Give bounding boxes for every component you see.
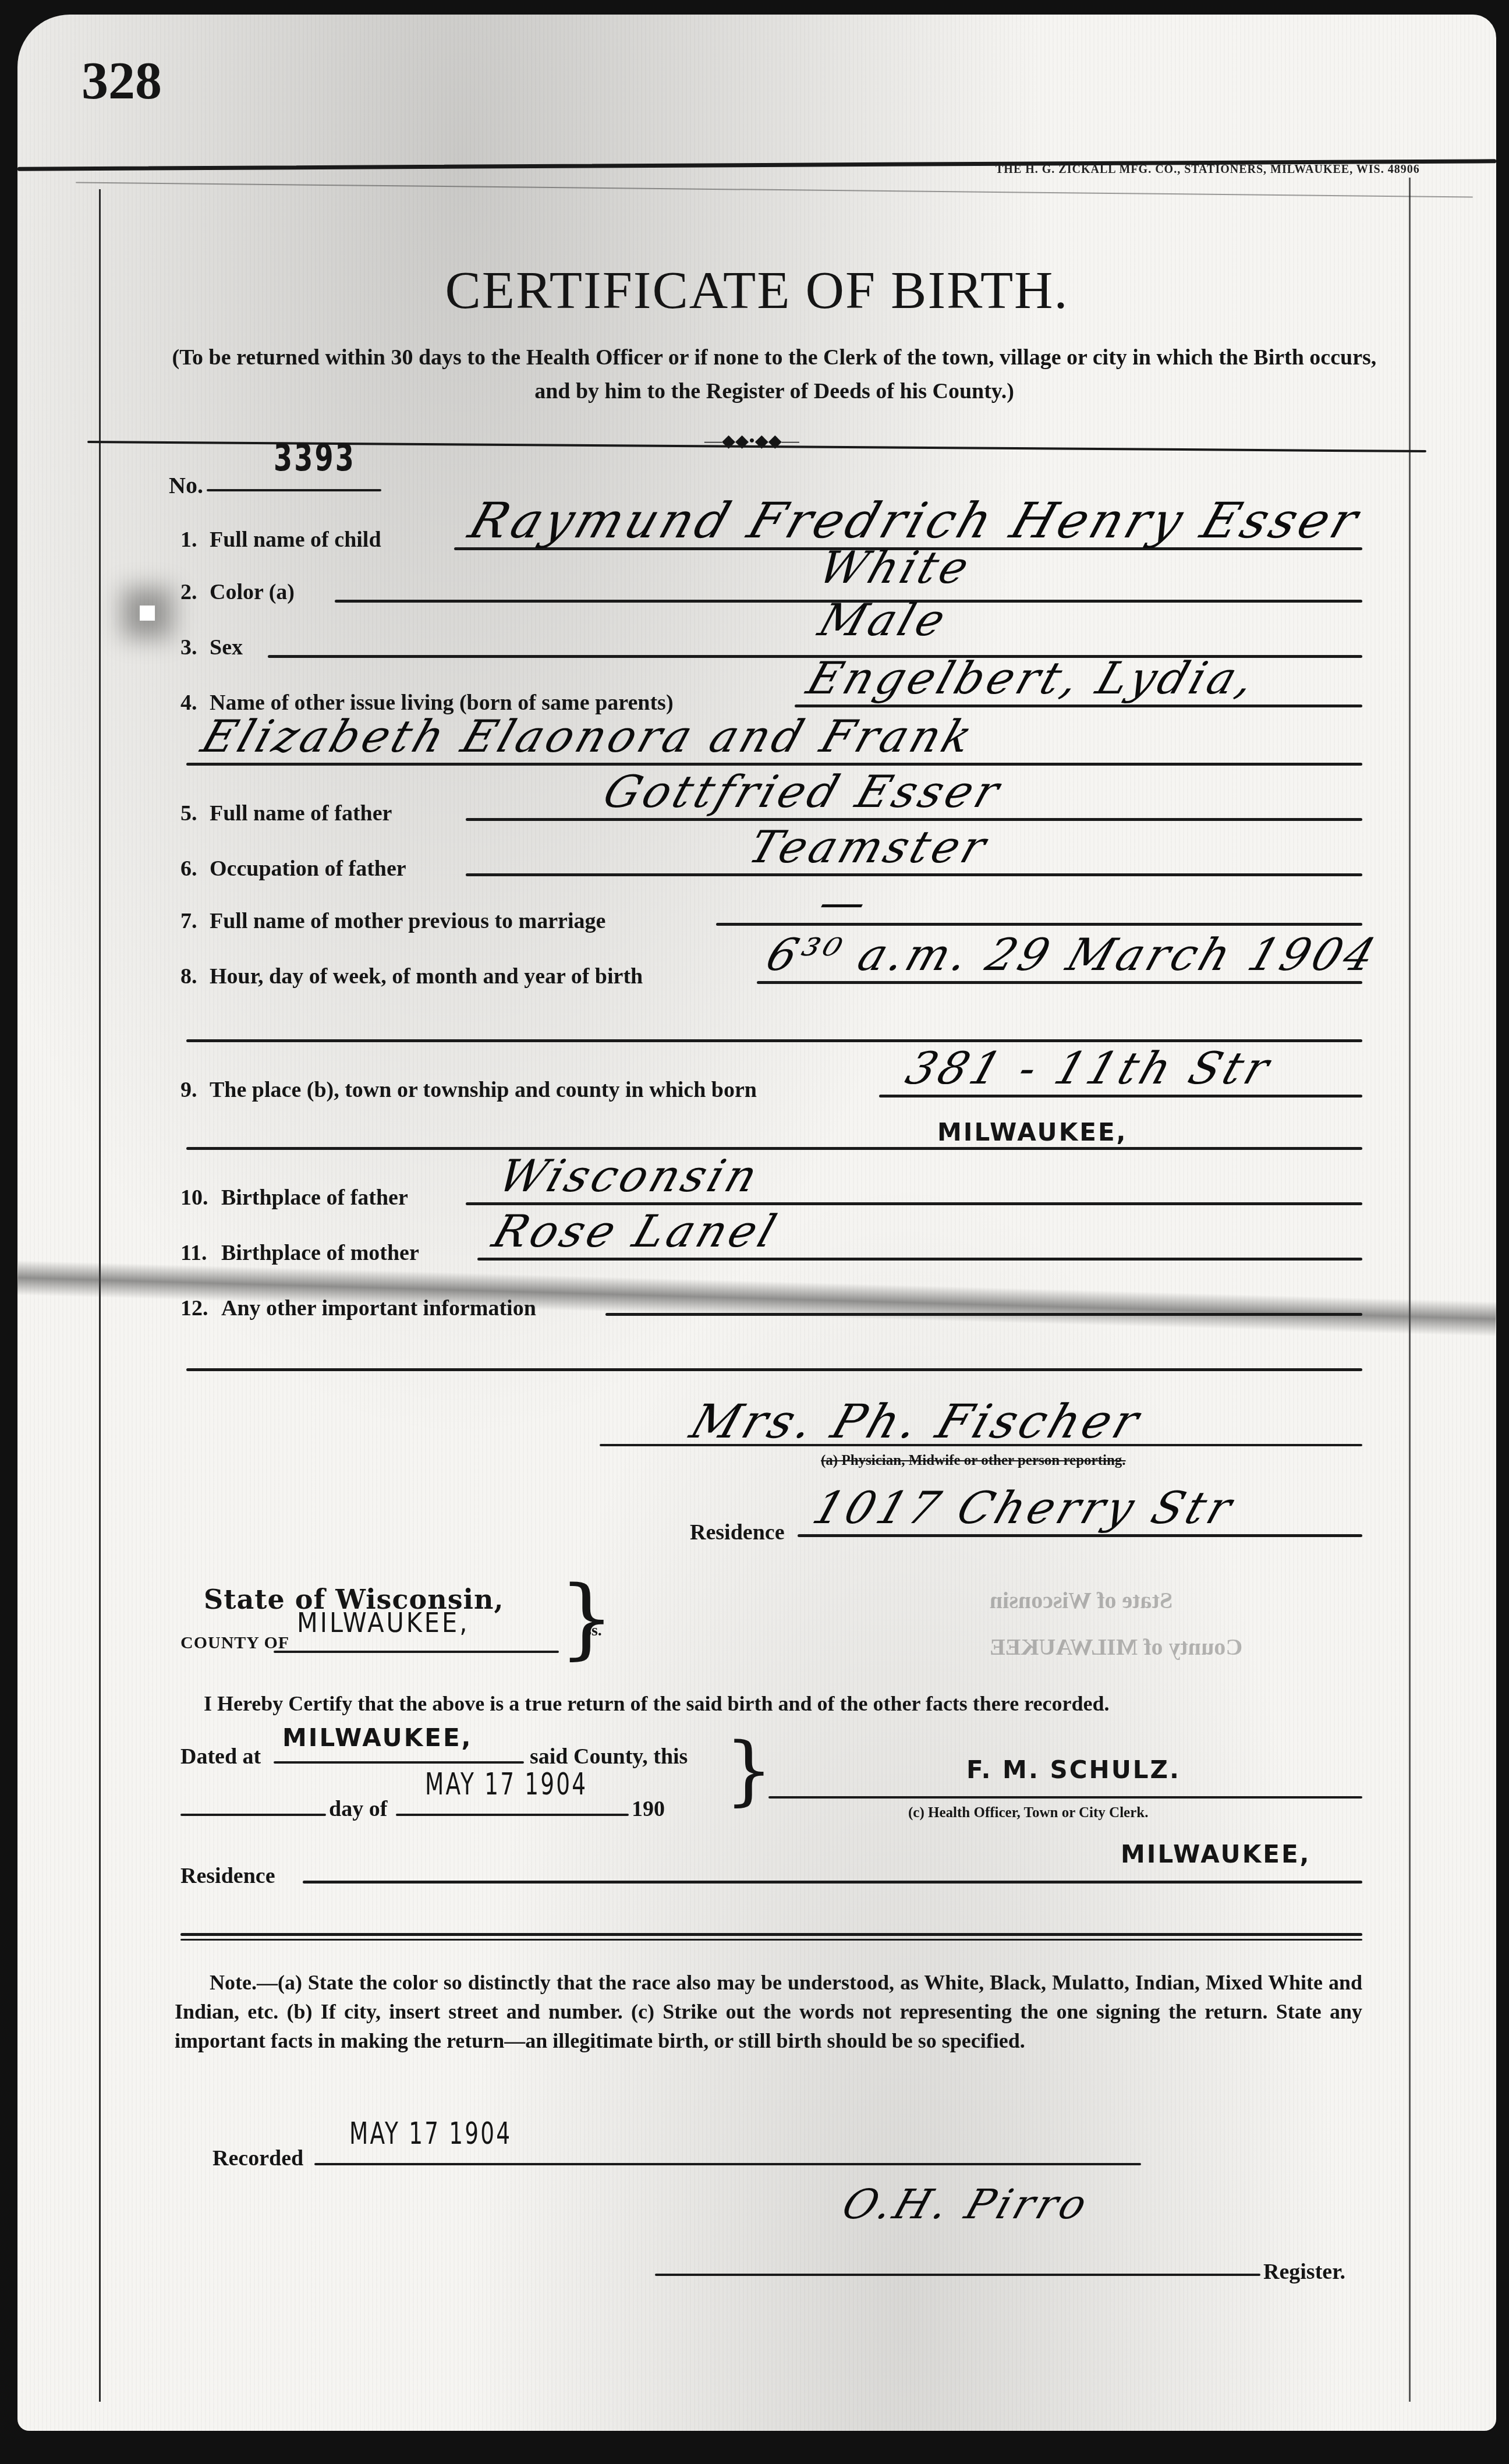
dated-at-line [274,1761,524,1764]
reporter-residence-line [798,1534,1362,1537]
number-label: No. [169,472,203,499]
printer-mark: THE H. G. ZICKALL MFG. CO., STATIONERS, … [996,163,1420,176]
residence-line-3 [180,1939,1362,1941]
recorded-stamp: MAY 17 1904 [349,2116,512,2151]
field-6-line [466,873,1362,876]
punch-hole [140,606,155,621]
field-1-label: Full name of child [210,527,381,553]
field-11-label: Birthplace of mother [221,1240,419,1266]
field-9-label: The place (b), town or township and coun… [210,1077,757,1103]
county-value: MILWAUKEE, [297,1607,469,1638]
instructions-note: Note.—(a) State the color so distinctly … [175,1968,1362,2055]
field-7-label: Full name of mother previous to marriage [210,908,605,934]
ss-brace: } [559,1575,614,1662]
reporter-signature: Mrs. Ph. Fischer [684,1394,1149,1449]
residence-label: Residence [180,1863,275,1889]
field-10-label: Birthplace of father [221,1185,408,1210]
register-line [655,2274,1260,2276]
field-12-line [605,1313,1362,1316]
field-5-num: 5. [180,801,197,826]
child-full-name: Raymund Fredrich Henry Esser [462,492,1368,549]
number-line [207,489,381,491]
mother-birthplace: Rose Lanel [487,1205,786,1257]
field-6-num: 6. [180,856,197,881]
register-label: Register. [1263,2259,1345,2285]
bleed-through-text-2: County of MILWAUKEE [990,1633,1242,1661]
field-4-num: 4. [180,690,197,716]
field-9-num: 9. [180,1077,197,1103]
dated-stamp: MAY 17 1904 [425,1767,587,1802]
note-text: Note.—(a) State the color so distinctly … [175,1971,1362,2052]
siblings-line-1: Engelbert, Lydia, [801,652,1265,704]
right-margin-rule [1409,178,1411,2402]
field-12-line-2 [186,1368,1362,1371]
field-7-num: 7. [180,908,197,934]
top-rule-2 [76,182,1473,197]
field-11-line [477,1258,1362,1261]
subtitle-instructions: (To be returned within 30 days to the He… [163,341,1386,408]
field-3-label: Sex [210,635,243,660]
dated-at-label: Dated at [180,1744,261,1769]
mother-maiden-name: — [813,876,877,928]
father-occupation: Teamster [743,821,996,873]
field-5-label: Full name of father [210,801,392,826]
officer-line [768,1796,1362,1799]
reporter-caption: (a) Physician, Midwife or other person r… [821,1453,1126,1469]
certify-statement: I Hereby Certify that the above is a tru… [204,1691,1109,1716]
page-title: CERTIFICATE OF BIRTH. [17,259,1496,321]
ss-label: ss. [585,1622,602,1640]
field-9-line [879,1095,1362,1098]
recorded-line [314,2163,1141,2165]
child-color: White [813,541,979,593]
siblings-line-2: Elizabeth Elaonora and Frank [196,710,982,762]
recorded-label: Recorded [212,2146,303,2171]
field-8-num: 8. [180,964,197,989]
reporter-residence-label: Residence [690,1520,785,1545]
health-officer-city: MILWAUKEE, [1121,1840,1311,1868]
field-11-num: 11. [180,1240,207,1266]
day-of-label: day of [329,1796,387,1822]
dated-at-value: MILWAUKEE, [282,1723,473,1752]
birth-datetime: 6³⁰ a.m. 29 March 1904 [760,929,1386,980]
field-10-num: 10. [180,1185,208,1210]
field-3-num: 3. [180,635,197,660]
year-prefix: 190 [632,1796,665,1822]
field-1-num: 1. [180,527,197,553]
register-signature: O.H. Pirro [837,2180,1096,2228]
health-officer-name: F. M. SCHULZ. [966,1755,1181,1784]
field-6-label: Occupation of father [210,856,406,881]
child-sex: Male [813,594,955,646]
father-full-name: Gottfried Esser [597,766,1009,817]
field-8-line [757,981,1362,984]
certificate-number: 3393 [274,437,356,480]
page-number: 328 [82,49,162,111]
father-birthplace: Wisconsin [493,1150,768,1202]
day-line [180,1814,326,1816]
day-of-line [396,1814,629,1816]
birth-place-street: 381 - 11th Str [900,1042,1279,1094]
bleed-through-text: State of Wisconsin [990,1587,1173,1614]
field-2-label: Color (a) [210,579,295,605]
residence-line [303,1881,1362,1884]
county-label: County of [180,1633,289,1653]
field-12-label: Any other important information [221,1295,536,1321]
county-line [274,1651,559,1653]
said-county-label: said County, this [530,1744,688,1769]
field-4-line [795,704,1362,707]
birth-certificate-page: 328 THE H. G. ZICKALL MFG. CO., STATIONE… [17,15,1496,2431]
field-12-num: 12. [180,1295,208,1321]
health-officer-caption: (c) Health Officer, Town or City Clerk. [908,1805,1148,1821]
residence-line-2 [180,1933,1362,1936]
reporter-residence: 1017 Cherry Str [807,1482,1242,1534]
field-8-label: Hour, day of week, of month and year of … [210,964,643,989]
reporter-line [600,1444,1362,1446]
field-9-line-2 [186,1147,1362,1150]
certify-brace: } [725,1732,773,1808]
ornament-divider: —◆◆•◆◆— [704,431,799,451]
field-2-num: 2. [180,579,197,605]
birth-place-city: MILWAUKEE, [937,1118,1128,1146]
